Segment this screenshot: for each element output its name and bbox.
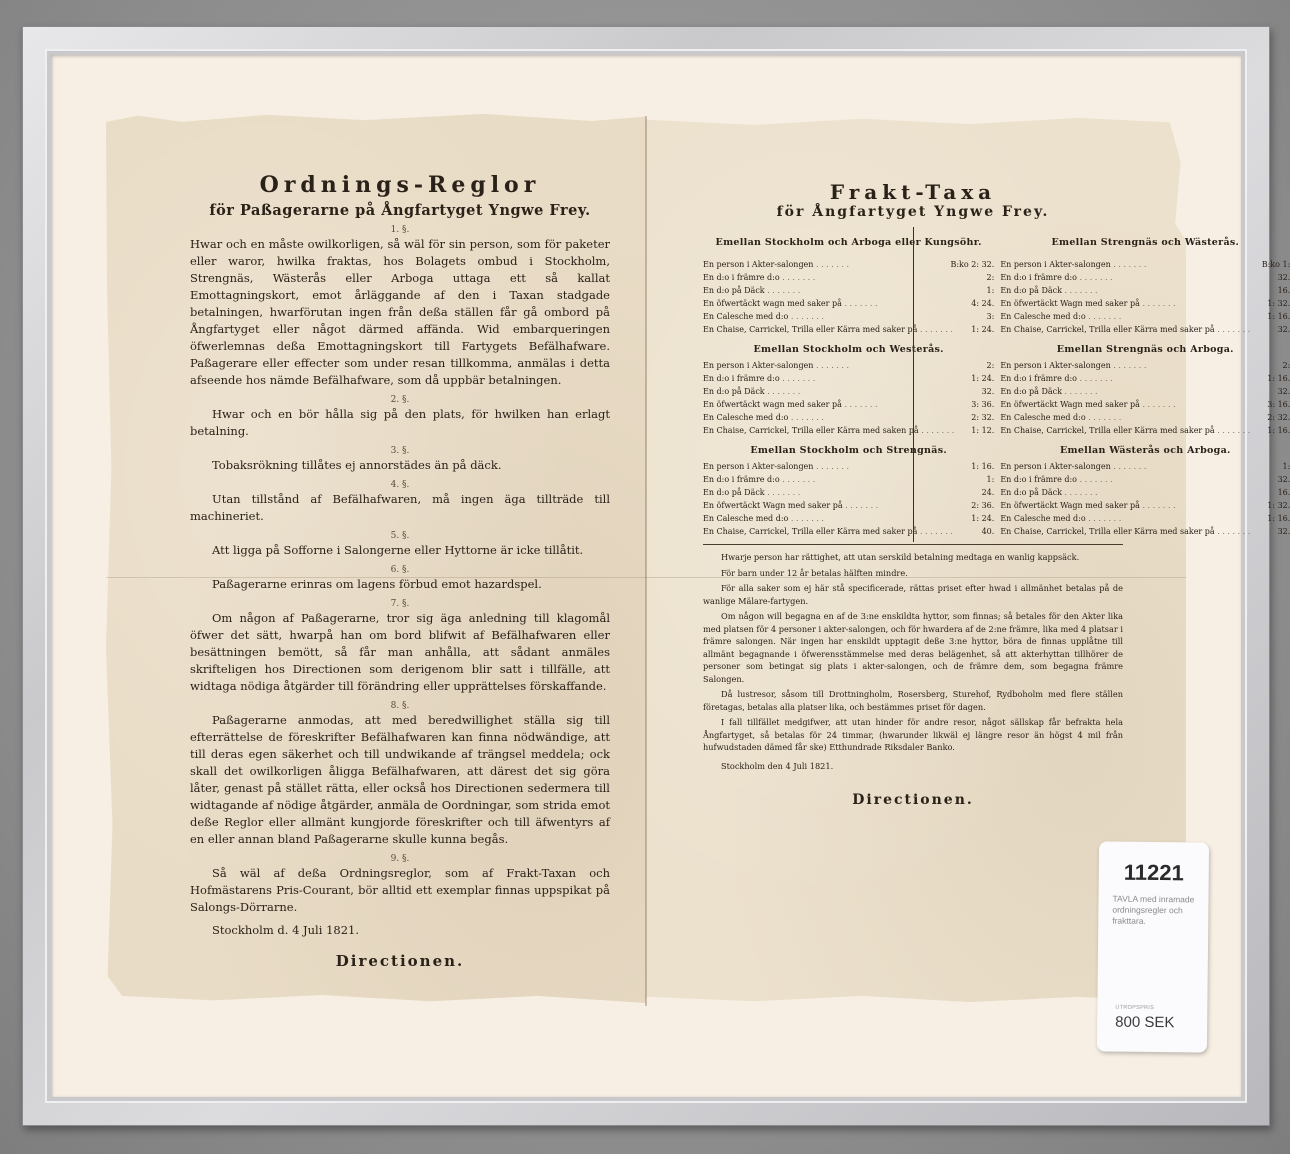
fare-row: En Chaise, Carrickel, Trilla eller Kärra… <box>1000 323 1290 336</box>
fare-price: 16. <box>1250 284 1290 297</box>
fare-price: 32. <box>1250 271 1290 284</box>
fare-description: En Chaise, Carrickel, Trilla eller Kärra… <box>1000 525 1250 538</box>
section-text: Paßagerarne erinras om lagens förbud emo… <box>190 576 610 593</box>
fare-row: En Calesche med d:o1: 16. <box>1000 512 1290 525</box>
fare-notes: Hwarje person har rättighet, att utan se… <box>703 551 1123 754</box>
fare-description: En öfwertäckt Wagn med saker på <box>1000 398 1175 411</box>
fare-description: En öfwertäckt Wagn med saker på <box>1000 499 1175 512</box>
fare-row: En d:o i främre d:o32. <box>1000 473 1290 486</box>
section-number: 9. §. <box>190 854 610 865</box>
section-number: 1. §. <box>190 225 610 236</box>
fare-description: En d:o i främre d:o <box>1000 372 1112 385</box>
fare-description: En öfwertäckt Wagn med saker på <box>703 499 878 512</box>
fare-price: 1: <box>954 284 994 297</box>
fare-row: En Chaise, Carrickel, Trilla eller Kärra… <box>1000 424 1290 437</box>
fare-description: En d:o på Däck <box>703 486 800 499</box>
fare-price: 2: <box>954 271 994 284</box>
fare-row: En d:o på Däck16. <box>1000 284 1290 297</box>
section-number: 5. §. <box>190 531 610 542</box>
section-text: Om någon af Paßagerarne, tror sig äga an… <box>190 610 610 695</box>
fare-tables: Emellan Stockholm och Arboga eller Kungs… <box>703 227 1123 542</box>
fare-description: En person i Akter-salongen <box>703 359 849 372</box>
section-number: 3. §. <box>190 446 610 457</box>
fare-description: En Calesche med d:o <box>1000 310 1121 323</box>
section-text: Att ligga på Sofforne i Salongerne eller… <box>190 542 610 559</box>
fare-description: En person i Akter-salongen <box>1000 359 1146 372</box>
fare-description: En d:o på Däck <box>703 385 800 398</box>
fare-description: En d:o i främre d:o <box>703 473 815 486</box>
fare-row: En Calesche med d:o2: 32. <box>703 411 994 424</box>
fare-row: En Calesche med d:o3: <box>703 310 994 323</box>
fare-description: En Chaise, Carrickel, Trilla eller Kärra… <box>703 323 953 336</box>
fare-row: En öfwertäckt wagn med saker på4: 24. <box>703 297 994 310</box>
fare-row: En öfwertäckt Wagn med saker på1: 32. <box>1000 297 1290 310</box>
auction-price-tag: 11221 TAVLA med inramade ordningsregler … <box>1097 841 1209 1052</box>
fare-description: En Calesche med d:o <box>1000 512 1121 525</box>
fare-price: 32. <box>1250 323 1290 336</box>
left-page-date: Stockholm d. 4 Juli 1821. <box>212 922 610 939</box>
fare-row: En öfwertäckt wagn med saker på3: 36. <box>703 398 994 411</box>
fare-description: En person i Akter-salongen <box>1000 258 1146 271</box>
fare-description: En Calesche med d:o <box>1000 411 1121 424</box>
fare-note: För barn under 12 år betalas hälften min… <box>703 567 1123 580</box>
section-number: 7. §. <box>190 599 610 610</box>
fare-description: En person i Akter-salongen <box>1000 460 1146 473</box>
route-title: Emellan Stockholm och Strengnäs. <box>703 443 994 457</box>
fare-price: 4: 24. <box>954 297 994 310</box>
fare-row: En öfwertäckt Wagn med saker på3: 16. <box>1000 398 1290 411</box>
fare-description: En d:o i främre d:o <box>703 372 815 385</box>
fare-description: En öfwertäckt wagn med saker på <box>703 297 878 310</box>
section-text: Tobaksrökning tillåtes ej annorstädes än… <box>190 457 610 474</box>
fare-note: För alla saker som ej här stå specificer… <box>703 582 1123 607</box>
fare-price: 1: 12. <box>954 424 994 437</box>
right-page-subtitle: för Ångfartyget Yngwe Frey. <box>703 206 1123 219</box>
table-bottom-rule <box>703 544 1123 545</box>
fare-row: En person i Akter-salongen2: <box>1000 359 1290 372</box>
fare-row: En öfwertäckt Wagn med saker på2: 36. <box>703 499 994 512</box>
fare-description: En d:o i främre d:o <box>703 271 815 284</box>
fare-row: En d:o på Däck32. <box>1000 385 1290 398</box>
route-table: Emellan Strengnäs och Arboga.En person i… <box>1000 340 1290 437</box>
fare-price: 40. <box>954 525 994 538</box>
right-page-signature: Directionen. <box>703 794 1123 807</box>
fare-row: En person i Akter-salongen1: 16. <box>703 460 994 473</box>
route-table: Emellan Stockholm och Arboga eller Kungs… <box>703 227 994 336</box>
vertical-fold <box>645 116 647 1006</box>
route-table: Emellan Stockholm och Strengnäs.En perso… <box>703 441 994 538</box>
fare-description: En d:o i främre d:o <box>1000 271 1112 284</box>
fare-price: 24. <box>954 486 994 499</box>
fare-price: 2: <box>954 359 994 372</box>
section-number: 6. §. <box>190 565 610 576</box>
fare-note: I fall tillfället medgifwer, att utan hi… <box>703 716 1123 754</box>
fare-description: En person i Akter-salongen <box>703 460 849 473</box>
fare-price: 2: <box>1250 359 1290 372</box>
left-page-title: Ordnings-Reglor <box>190 172 610 198</box>
fare-price: 32. <box>954 385 994 398</box>
fare-row: En d:o på Däck24. <box>703 486 994 499</box>
fare-price: 1: 24. <box>954 372 994 385</box>
fare-row: En d:o i främre d:o2: <box>703 271 994 284</box>
section-number: 8. §. <box>190 701 610 712</box>
fare-price: 1: <box>1250 460 1290 473</box>
route-table: Emellan Strengnäs och Wästerås.En person… <box>1000 227 1290 336</box>
fare-row: En d:o i främre d:o1: <box>703 473 994 486</box>
fare-description: En d:o i främre d:o <box>1000 473 1112 486</box>
fare-description: En öfwertäckt Wagn med saker på <box>1000 297 1175 310</box>
fare-row: En Chaise, Carrickel, Trilla eller Kärra… <box>703 424 994 437</box>
frakt-taxa-page: Frakt-Taxa för Ångfartyget Yngwe Frey. E… <box>703 180 1123 807</box>
route-title: Emellan Strengnäs och Wästerås. <box>1000 229 1290 255</box>
fare-description: En Chaise, Carrickel, Trilla eller Kärra… <box>703 525 953 538</box>
fare-price: 2: 32. <box>954 411 994 424</box>
route-title: Emellan Stockholm och Westerås. <box>703 342 994 356</box>
fare-price: 3: 16. <box>1250 398 1290 411</box>
section-text: Så wäl af deßa Ordningsreglor, som af Fr… <box>190 865 610 916</box>
left-page-subtitle: för Paßagerarne på Ångfartyget Yngwe Fre… <box>190 202 610 219</box>
fare-price: 1: 24. <box>954 512 994 525</box>
fare-row: En Chaise, Carrickel, Trilla eller Kärra… <box>1000 525 1290 538</box>
right-page-title: Frakt-Taxa <box>703 180 1123 204</box>
fare-row: En d:o i främre d:o32. <box>1000 271 1290 284</box>
fare-price: 3: 36. <box>954 398 994 411</box>
rules-sections: 1. §.Hwar och en måste owilkorligen, så … <box>190 225 610 916</box>
fare-description: En öfwertäckt wagn med saker på <box>703 398 878 411</box>
fare-price: 1: 16. <box>954 460 994 473</box>
fare-description: En d:o på Däck <box>1000 385 1097 398</box>
fare-price: 1: 24. <box>954 323 994 336</box>
fare-row: En d:o på Däck16. <box>1000 486 1290 499</box>
fare-row: En Chaise, Carrickel, Trilla eller Kärra… <box>703 525 994 538</box>
fare-row: En person i Akter-salongenB:ko 1: <box>1000 258 1290 271</box>
fare-price: 1: 16. <box>1250 372 1290 385</box>
fare-row: En d:o på Däck1: <box>703 284 994 297</box>
fare-description: En d:o på Däck <box>1000 486 1097 499</box>
right-page-date: Stockholm den 4 Juli 1821. <box>703 760 1123 773</box>
fare-price: 32. <box>1250 525 1290 538</box>
fare-price: 2: 32. <box>1250 411 1290 424</box>
lot-number: 11221 <box>1099 859 1209 886</box>
fare-price: 32. <box>1250 385 1290 398</box>
section-text: Hwar och en bör hålla sig på den plats, … <box>190 406 610 440</box>
route-table: Emellan Wästerås och Arboga.En person i … <box>1000 441 1290 538</box>
section-number: 2. §. <box>190 395 610 406</box>
fare-row: En Calesche med d:o2: 32. <box>1000 411 1290 424</box>
fare-row: En Calesche med d:o1: 16. <box>1000 310 1290 323</box>
fare-row: En d:o på Däck32. <box>703 385 994 398</box>
fare-price: B:ko 2: 32. <box>950 258 994 271</box>
fare-price: 16. <box>1250 486 1290 499</box>
fare-row: En person i Akter-salongen1: <box>1000 460 1290 473</box>
fare-description: En Chaise, Carrickel, Trilla eller Kärra… <box>1000 424 1250 437</box>
ordnings-reglor-page: Ordnings-Reglor för Paßagerarne på Ångfa… <box>190 172 610 970</box>
route-title: Emellan Stockholm och Arboga eller Kungs… <box>703 229 994 255</box>
fare-price: 3: <box>954 310 994 323</box>
left-page-signature: Directionen. <box>190 953 610 970</box>
fare-description: En Calesche med d:o <box>703 310 824 323</box>
fare-description: En Calesche med d:o <box>703 411 824 424</box>
route-table: Emellan Stockholm och Westerås.En person… <box>703 340 994 437</box>
fare-price: 1: 16. <box>1250 424 1290 437</box>
price-label: UTROPSPRIS <box>1115 1005 1154 1011</box>
fare-row: En d:o i främre d:o1: 24. <box>703 372 994 385</box>
fare-price: 1: 32. <box>1250 297 1290 310</box>
fare-description: En d:o på Däck <box>1000 284 1097 297</box>
fare-price: B:ko 1: <box>1250 258 1290 271</box>
section-text: Hwar och en måste owilkorligen, så wäl f… <box>190 236 610 389</box>
route-title: Emellan Strengnäs och Arboga. <box>1000 342 1290 356</box>
fare-note: Hwarje person har rättighet, att utan se… <box>703 551 1123 564</box>
fare-row: En Calesche med d:o1: 24. <box>703 512 994 525</box>
fare-row: En person i Akter-salongen2: <box>703 359 994 372</box>
fare-price: 32. <box>1250 473 1290 486</box>
fare-note: Då lustresor, såsom till Drottningholm, … <box>703 688 1123 713</box>
fare-price: 1: 16. <box>1250 310 1290 323</box>
fare-note: Om någon will begagna en af de 3:ne ensk… <box>703 610 1123 685</box>
fare-price: 2: 36. <box>954 499 994 512</box>
lot-price: 800 SEK <box>1115 1014 1174 1032</box>
fare-price: 1: <box>954 473 994 486</box>
fare-row: En d:o i främre d:o1: 16. <box>1000 372 1290 385</box>
lot-description: TAVLA med inramade ordningsregler och fr… <box>1112 894 1198 928</box>
section-number: 4. §. <box>190 480 610 491</box>
fare-row: En person i Akter-salongenB:ko 2: 32. <box>703 258 994 271</box>
fare-description: En Chaise, Carrickel, Trilla eller Kärra… <box>703 424 954 437</box>
fare-description: En person i Akter-salongen <box>703 258 849 271</box>
route-title: Emellan Wästerås och Arboga. <box>1000 443 1290 457</box>
section-text: Utan tillstånd af Befälhafwaren, må inge… <box>190 491 610 525</box>
fare-price: 1: 16. <box>1250 512 1290 525</box>
fare-row: En Chaise, Carrickel, Trilla eller Kärra… <box>703 323 994 336</box>
fare-row: En öfwertäckt Wagn med saker på1: 32. <box>1000 499 1290 512</box>
section-text: Paßagerarne anmodas, att med beredwillig… <box>190 712 610 848</box>
fare-description: En d:o på Däck <box>703 284 800 297</box>
fare-description: En Chaise, Carrickel, Trilla eller Kärra… <box>1000 323 1250 336</box>
fare-price: 1: 32. <box>1250 499 1290 512</box>
fare-description: En Calesche med d:o <box>703 512 824 525</box>
